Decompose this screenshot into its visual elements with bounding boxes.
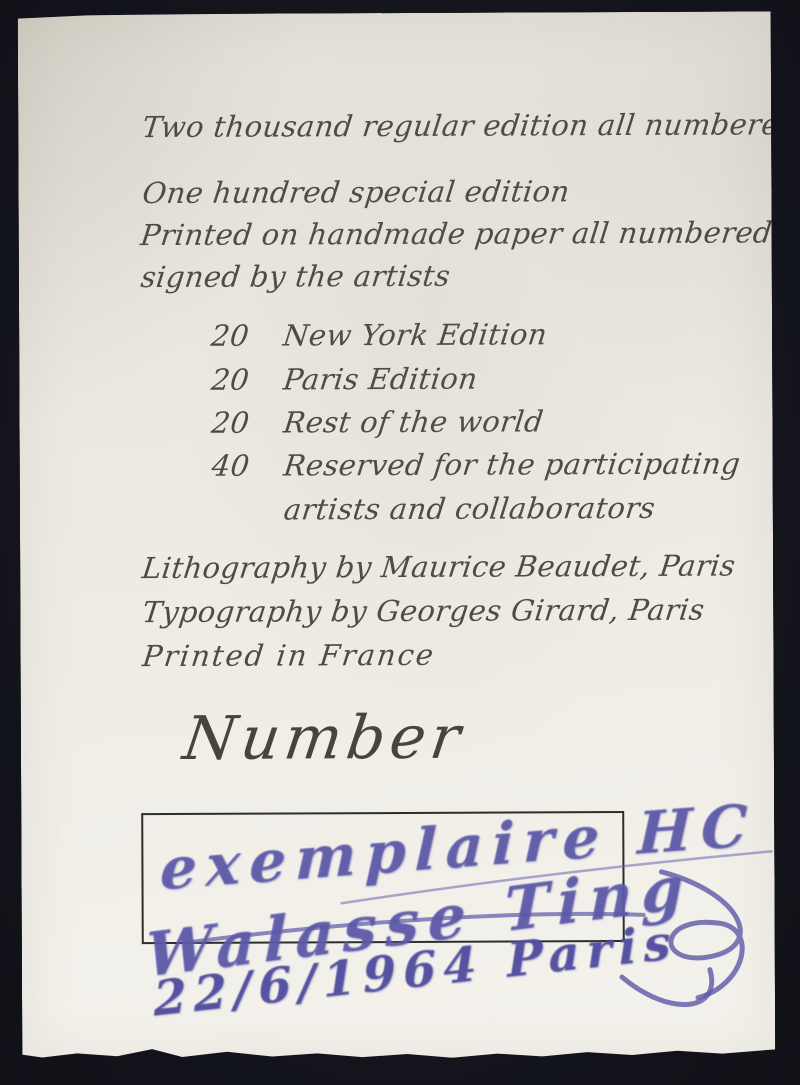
edition-row-continuation: artists and collaborators bbox=[210, 491, 657, 528]
edition-statement-line-2: One hundred special edition bbox=[141, 174, 572, 211]
credit-line-lithography: Lithography by Maurice Beaudet, Paris bbox=[140, 549, 737, 586]
edition-label: New York Edition bbox=[281, 317, 549, 352]
edition-statement-line-1: Two thousand regular edition all numbere… bbox=[140, 107, 800, 145]
edition-count: 20 bbox=[209, 318, 285, 353]
edition-label: Paris Edition bbox=[281, 362, 479, 397]
edition-row: 20Rest of the world bbox=[210, 404, 546, 440]
edition-label: Rest of the world bbox=[282, 404, 546, 439]
colophon-page: Two thousand regular edition all numbere… bbox=[18, 11, 776, 1060]
edition-statement-line-3: Printed on handmade paper all numbered bbox=[139, 215, 774, 253]
edition-label: Reserved for the participating bbox=[282, 446, 742, 482]
edition-label: artists and collaborators bbox=[282, 491, 657, 527]
edition-row: 40Reserved for the participating bbox=[210, 446, 743, 483]
edition-count: 20 bbox=[210, 405, 286, 440]
photograph-background: Two thousand regular edition all numbere… bbox=[0, 0, 800, 1085]
edition-count: 20 bbox=[209, 362, 285, 397]
edition-count: 40 bbox=[210, 448, 286, 483]
edition-row: 20Paris Edition bbox=[209, 362, 479, 398]
number-heading: Number bbox=[179, 703, 469, 774]
credit-line-printed-in: Printed in France bbox=[141, 638, 438, 674]
credit-line-typography: Typography by Georges Girard, Paris bbox=[140, 593, 706, 630]
edition-row: 20New York Edition bbox=[209, 317, 549, 353]
edition-statement-line-4: signed by the artists bbox=[139, 259, 452, 295]
